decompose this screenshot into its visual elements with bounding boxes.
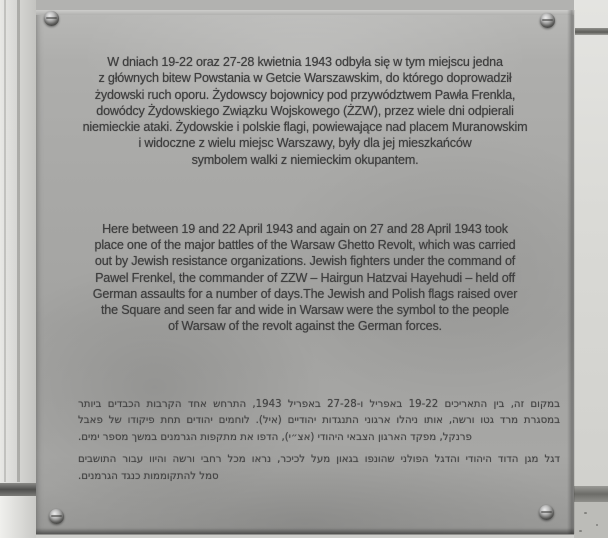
hebrew-line-5: סמל להתקוממות כנגד הגרמנים. xyxy=(78,469,560,485)
stone-speck xyxy=(579,530,582,532)
masonry-joint-horizontal-top-right xyxy=(575,28,608,35)
wall-right-lower-block xyxy=(574,502,608,538)
plaque-bottom-edge-shadow xyxy=(36,528,574,535)
hebrew-line-3: פרנקל, מפקד הארגון הצבאי היהודי (אצ״י), … xyxy=(78,430,560,446)
wall-right-strip xyxy=(574,0,608,538)
photo-of-memorial-plaque: W dniach 19-22 oraz 27-28 kwietnia 1943 … xyxy=(0,0,608,538)
standoff-screw-bottom-right xyxy=(539,505,554,520)
plaque-right-edge-shadow xyxy=(567,10,575,534)
masonry-joint-vertical-2 xyxy=(17,0,20,482)
hebrew-line-2: במסגרת מרד גטו ורשה, אותו ניהלו ארגוני ה… xyxy=(78,413,560,429)
stone-speck xyxy=(584,512,587,514)
standoff-screw-top-right xyxy=(540,13,555,28)
polish-inscription: W dniach 19-22 oraz 27-28 kwietnia 1943 … xyxy=(64,54,546,168)
standoff-screw-bottom-left xyxy=(49,509,64,524)
wall-left-lower-block xyxy=(0,496,36,538)
hebrew-inscription: במקום זה, בין התאריכים 19-22 באפריל ו-27… xyxy=(78,397,560,485)
masonry-dark-band-right xyxy=(574,486,608,502)
english-inscription: Here between 19 and 22 April 1943 and ag… xyxy=(64,221,546,334)
masonry-dark-band-left xyxy=(0,483,38,496)
memorial-plaque-glass: W dniach 19-22 oraz 27-28 kwietnia 1943 … xyxy=(36,10,574,534)
stone-speck xyxy=(596,524,598,526)
plaque-top-edge xyxy=(36,10,574,15)
standoff-screw-top-left xyxy=(44,11,59,26)
hebrew-line-4: דגל מגן הדוד היהודי והדגל הפולני שהונפו … xyxy=(78,452,560,468)
masonry-joint-vertical-1 xyxy=(4,0,6,482)
hebrew-line-1: במקום זה, בין התאריכים 19-22 באפריל ו-27… xyxy=(78,397,560,413)
